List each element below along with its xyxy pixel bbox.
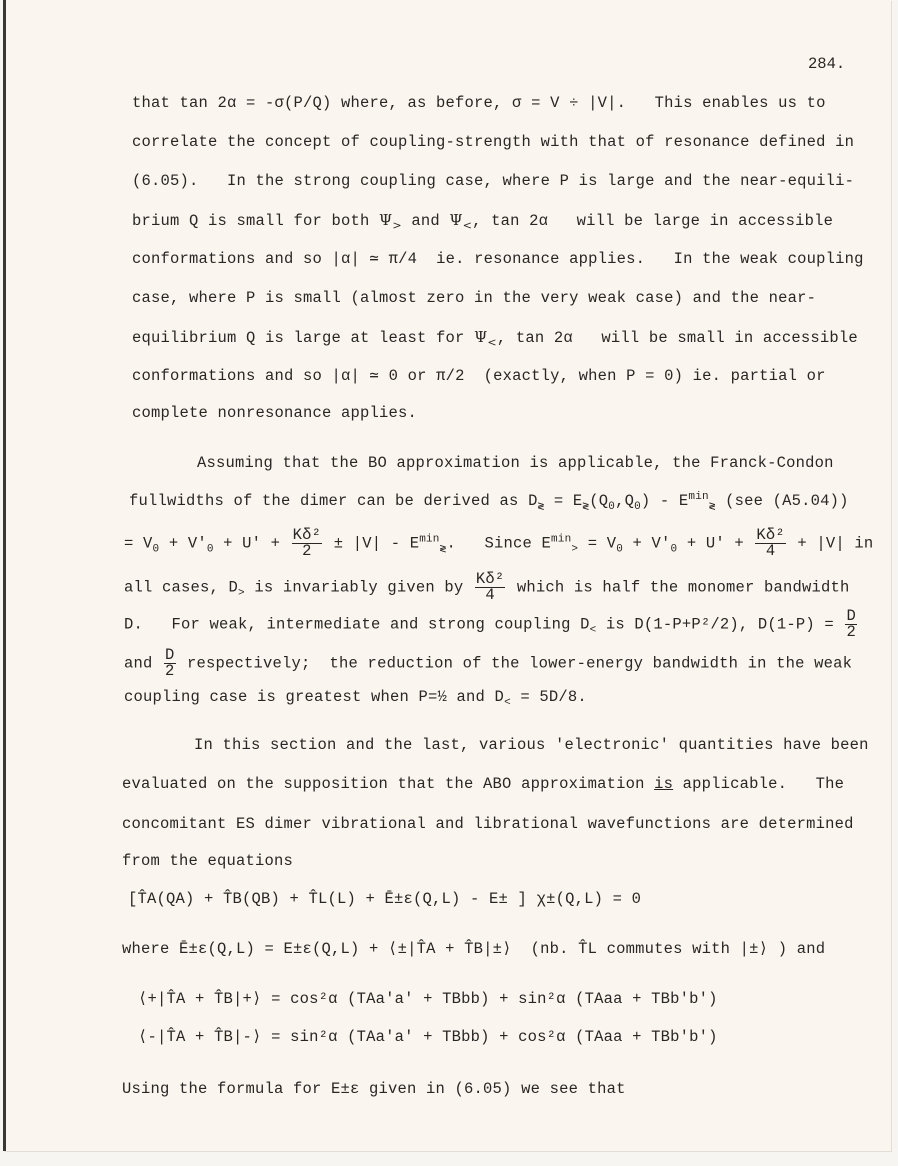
closing-line: Using the formula for E±ε given in (6.05… [122, 1080, 626, 1098]
text-segment: and [402, 212, 450, 230]
text-line: correlate the concept of coupling-streng… [132, 133, 854, 151]
text-line: (6.05). In the strong coupling case, whe… [132, 172, 854, 190]
text-segment: fullwidths of the dimer can be derived a… [129, 492, 538, 510]
text-segment: all cases, D [124, 579, 238, 597]
superscript: min [419, 533, 439, 545]
denominator: 2 [845, 625, 857, 640]
text-segment: evaluated on the supposition that the AB… [122, 775, 654, 793]
text-line: brium Q is small for both Ψ> and Ψ<, tan… [132, 211, 833, 230]
text-segment: coupling case is greatest when P=½ and D [124, 688, 504, 706]
subscript: < [463, 219, 472, 232]
text-line: In this section and the last, various 'e… [194, 736, 869, 754]
text-segment: + V' [159, 535, 207, 553]
text-line: and D2 respectively; the reduction of th… [124, 648, 852, 679]
text-segment: which is half the monomer bandwidth [507, 579, 849, 597]
text-segment: In the weak coupling [674, 250, 864, 268]
psi-symbol: Ψ> [379, 211, 402, 229]
text-line: concomitant ES dimer vibrational and lib… [122, 815, 854, 833]
text-line: conformations and so |α| ≃ π/4 ie. reson… [132, 250, 864, 268]
fraction: D2 [845, 609, 857, 640]
text-segment: applicable. The [673, 775, 844, 793]
text-segment: and [124, 655, 162, 673]
fraction: Kδ²2 [292, 528, 323, 559]
psi-symbol: Ψ< [474, 328, 497, 346]
text-line: equilibrium Q is large at least for Ψ<, … [132, 328, 858, 347]
text-line: Assuming that the BO approximation is ap… [197, 454, 834, 472]
psi-symbol: Ψ< [449, 211, 472, 229]
text-line: fullwidths of the dimer can be derived a… [129, 492, 849, 510]
text-line: coupling case is greatest when P=½ and D… [124, 688, 587, 706]
text-segment: = 5D/8. [511, 688, 587, 706]
psi-glyph: Ψ [449, 211, 462, 229]
subscript: ≷ [709, 501, 716, 513]
text-line: from the equations [122, 852, 293, 870]
denominator: 4 [475, 588, 506, 603]
text-segment: D. For weak, intermediate and strong cou… [124, 616, 590, 634]
text-line: = V0 + V'0 + U' + Kδ²2 ± |V| - Emin≷. Si… [124, 528, 873, 559]
text-segment: is D(1-P+P²/2), D(1-P) = [596, 616, 843, 634]
fraction: Kδ²4 [755, 528, 786, 559]
equation-where: where Ē±ε(Q,L) = E±ε(Q,L) + ⟨±|T̂A + T̂B… [122, 940, 825, 958]
text-segment: equilibrium Q is large at least for [132, 329, 474, 347]
equation-plus-state: ⟨+|T̂A + T̂B|+⟩ = cos²α (TAa'a' + TBbb) … [138, 990, 718, 1008]
fraction: Kδ²4 [475, 572, 506, 603]
text-segment: . Since E [446, 535, 551, 553]
text-segment: = V [578, 535, 616, 553]
page-number: 284. [808, 55, 845, 73]
subscript: 0 [207, 544, 214, 556]
denominator: 4 [755, 544, 786, 559]
text-line: conformations and so |α| ≃ 0 or π/2 (exa… [132, 367, 826, 385]
text-segment: that tan 2α = -σ(P/Q) where, as before, … [132, 94, 626, 112]
text-segment: + U' + [214, 535, 290, 553]
text-line: evaluated on the supposition that the AB… [122, 775, 844, 793]
subscript: < [487, 336, 496, 349]
underlined-word: is [654, 775, 673, 793]
subscript: < [504, 697, 511, 709]
text-segment: = V [124, 535, 153, 553]
equation-schrodinger: [T̂A(QA) + T̂B(QB) + T̂L(L) + Ē±ε(Q,L) -… [128, 890, 641, 908]
text-segment: ± |V| - E [324, 535, 419, 553]
superscript: min [688, 491, 708, 503]
superscript: min [551, 533, 571, 545]
equation-minus-state: ⟨-|T̂A + T̂B|-⟩ = sin²α (TAa'a' + TBbb) … [138, 1028, 718, 1046]
text-segment: = E [544, 492, 582, 510]
psi-glyph: Ψ [474, 328, 487, 346]
fraction: D2 [164, 648, 176, 679]
text-line: complete nonresonance applies. [132, 404, 417, 422]
psi-glyph: Ψ [379, 211, 392, 229]
text-segment: , tan 2α will be small in accessible [497, 329, 858, 347]
text-segment: ,Q [615, 492, 634, 510]
subscript: > [392, 219, 401, 232]
denominator: 2 [164, 664, 176, 679]
text-segment: This enables us to [655, 94, 826, 112]
text-segment: respectively; the reduction of the lower… [178, 655, 853, 673]
denominator: 2 [292, 544, 323, 559]
text-segment: (see (A5.04)) [716, 492, 849, 510]
text-line: case, where P is small (almost zero in t… [132, 289, 816, 307]
text-segment: + V' [623, 535, 671, 553]
subscript: 0 [616, 544, 623, 556]
text-line: that tan 2α = -σ(P/Q) where, as before, … [132, 94, 826, 112]
text-line: D. For weak, intermediate and strong cou… [124, 609, 859, 640]
text-segment: ) - E [641, 492, 689, 510]
text-segment: + U' + [677, 535, 753, 553]
text-segment: is invariably given by [245, 579, 473, 597]
subscript: 0 [634, 501, 641, 513]
text-segment: brium Q is small for both [132, 212, 379, 230]
text-segment: conformations and so |α| ≃ π/4 ie. reson… [132, 250, 645, 268]
subscript: > [238, 588, 245, 600]
text-line: all cases, D> is invariably given by Kδ²… [124, 572, 849, 603]
text-segment: (Q [589, 492, 608, 510]
document-page: 284. that tan 2α = -σ(P/Q) where, as bef… [3, 0, 891, 1151]
text-segment: + |V| in [788, 535, 874, 553]
text-segment: , tan 2α will be large in accessible [472, 212, 833, 230]
